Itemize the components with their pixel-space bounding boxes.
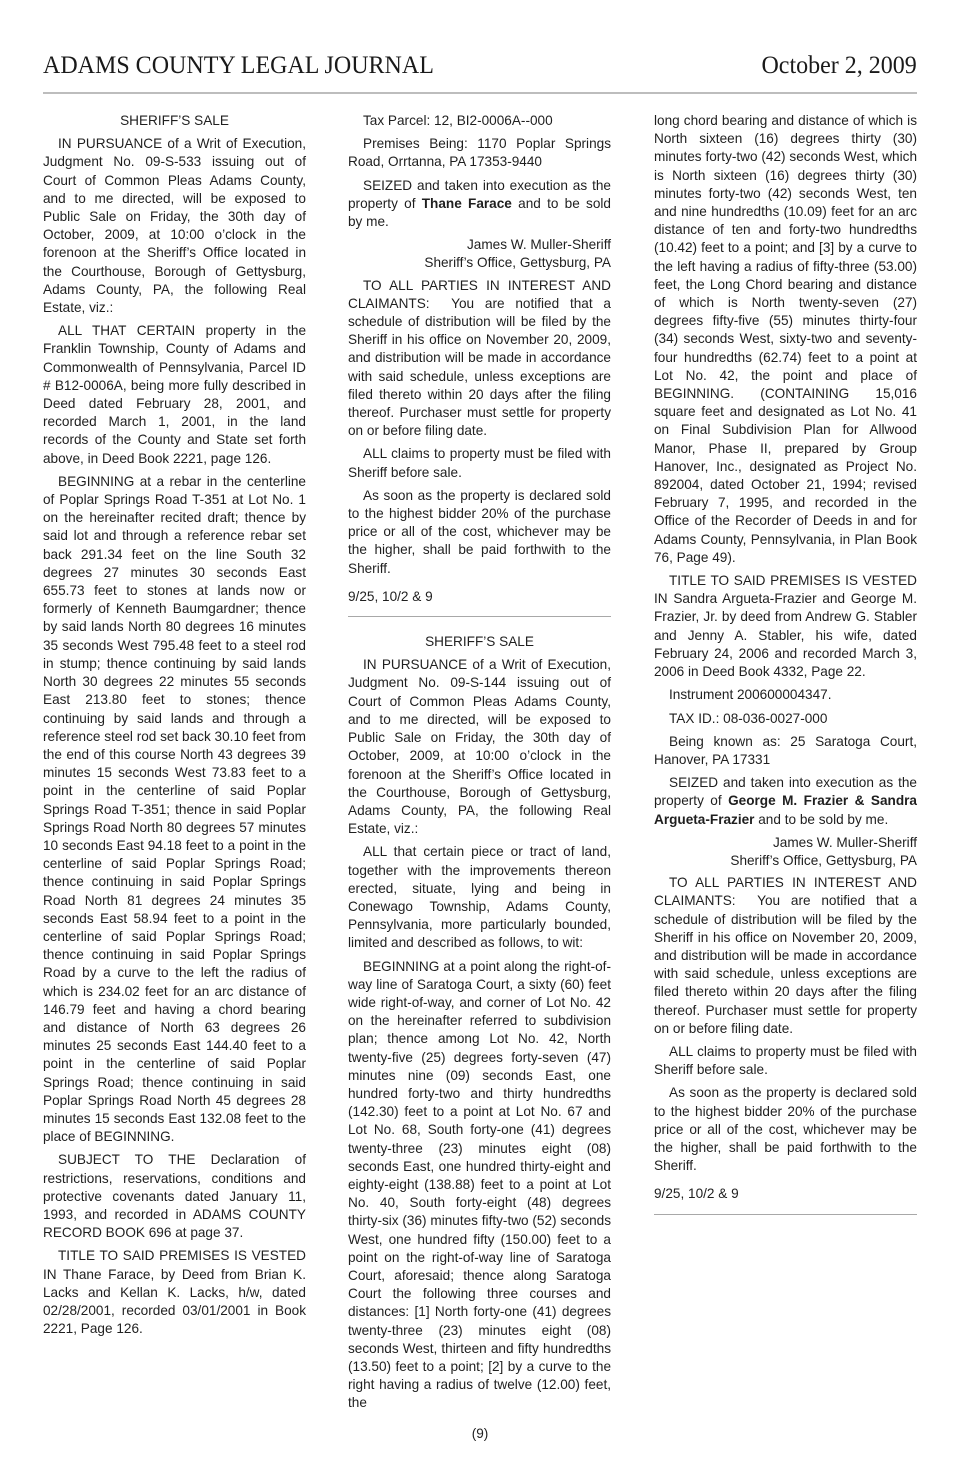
notice-2-seized-statement: SEIZED and taken into execution as the p…	[654, 774, 917, 829]
notice-2-run-dates: 9/25, 10/2 & 9	[654, 1185, 917, 1203]
notice-1-signature-office: Sheriff’s Office, Gettysburg, PA	[348, 254, 611, 272]
notice-2-description-part-2: long chord bearing and distance of which…	[654, 112, 917, 567]
notice-1-claims-notice: ALL claims to property must be filed wit…	[348, 445, 611, 481]
notice-2-known-as: Being known as: 25 Saratoga Court, Hanov…	[654, 733, 917, 769]
column-3: long chord bearing and distance of which…	[654, 112, 917, 1231]
page-number: (9)	[0, 1426, 960, 1441]
notice-2-property-paragraph: ALL that certain piece or tract of land,…	[348, 843, 611, 952]
notice-end-divider	[654, 1214, 917, 1215]
notice-2-title: SHERIFF’S SALE	[348, 633, 611, 651]
notice-2-signature-name: James W. Muller-Sheriff	[654, 834, 917, 852]
column-1: SHERIFF’S SALE IN PURSUANCE of a Writ of…	[43, 112, 306, 1343]
notice-2-instrument: Instrument 200600004347.	[654, 686, 917, 704]
notice-1-property-paragraph: ALL THAT CERTAIN property in the Frankli…	[43, 322, 306, 468]
notice-1-title-vested-paragraph: TITLE TO SAID PREMISES IS VEST­ED IN Tha…	[43, 1247, 306, 1338]
journal-title: ADAMS COUNTY LEGAL JOURNAL	[43, 52, 434, 80]
seized-text-end: and to be sold by me.	[754, 812, 888, 827]
notice-1-writ-paragraph: IN PURSUANCE of a Writ of Execu­tion, Ju…	[43, 135, 306, 317]
notice-divider	[348, 616, 611, 617]
notice-2-title-vested: TITLE TO SAID PREMISES IS VEST­ED IN San…	[654, 572, 917, 681]
issue-date: October 2, 2009	[762, 52, 917, 80]
notice-1-seized-statement: SEIZED and taken into execution as the p…	[348, 177, 611, 232]
notice-2-writ-paragraph: IN PURSUANCE of a Writ of Execu­tion, Ju…	[348, 656, 611, 838]
seized-owner: Thane Farace	[422, 196, 512, 211]
notice-1-payment-notice: As soon as the property is declared sold…	[348, 487, 611, 578]
notice-1-subject-to-paragraph: SUBJECT TO THE Declaration of restrictio…	[43, 1151, 306, 1242]
column-2: Tax Parcel: 12, BI2-0006A--000 Premises …	[348, 112, 611, 1418]
notice-2-description-part-1: BEGINNING at a point along the right-of-…	[348, 958, 611, 1413]
notice-2-tax-id: TAX ID.: 08-036-0027-000	[654, 710, 917, 728]
notice-1-description-paragraph: BEGINNING at a rebar in the center­line …	[43, 473, 306, 1147]
notice-2-signature-office: Sheriff’s Office, Gettysburg, PA	[654, 852, 917, 870]
notice-1-premises: Premises Being: 1170 Poplar Springs Road…	[348, 135, 611, 171]
notice-1-parties-notice: TO ALL PARTIES IN INTEREST AND CLAIMANTS…	[348, 277, 611, 441]
notice-1-title: SHERIFF’S SALE	[43, 112, 306, 130]
journal-header: ADAMS COUNTY LEGAL JOURNAL October 2, 20…	[43, 50, 917, 94]
notice-2-parties-notice: TO ALL PARTIES IN INTEREST AND CLAIMANTS…	[654, 874, 917, 1038]
notice-2-claims-notice: ALL claims to property must be filed wit…	[654, 1043, 917, 1079]
notice-1-run-dates: 9/25, 10/2 & 9	[348, 588, 611, 606]
notice-1-signature-name: James W. Muller-Sheriff	[348, 236, 611, 254]
notice-2-payment-notice: As soon as the property is declared sold…	[654, 1084, 917, 1175]
notice-1-tax-parcel: Tax Parcel: 12, BI2-0006A--000	[348, 112, 611, 130]
